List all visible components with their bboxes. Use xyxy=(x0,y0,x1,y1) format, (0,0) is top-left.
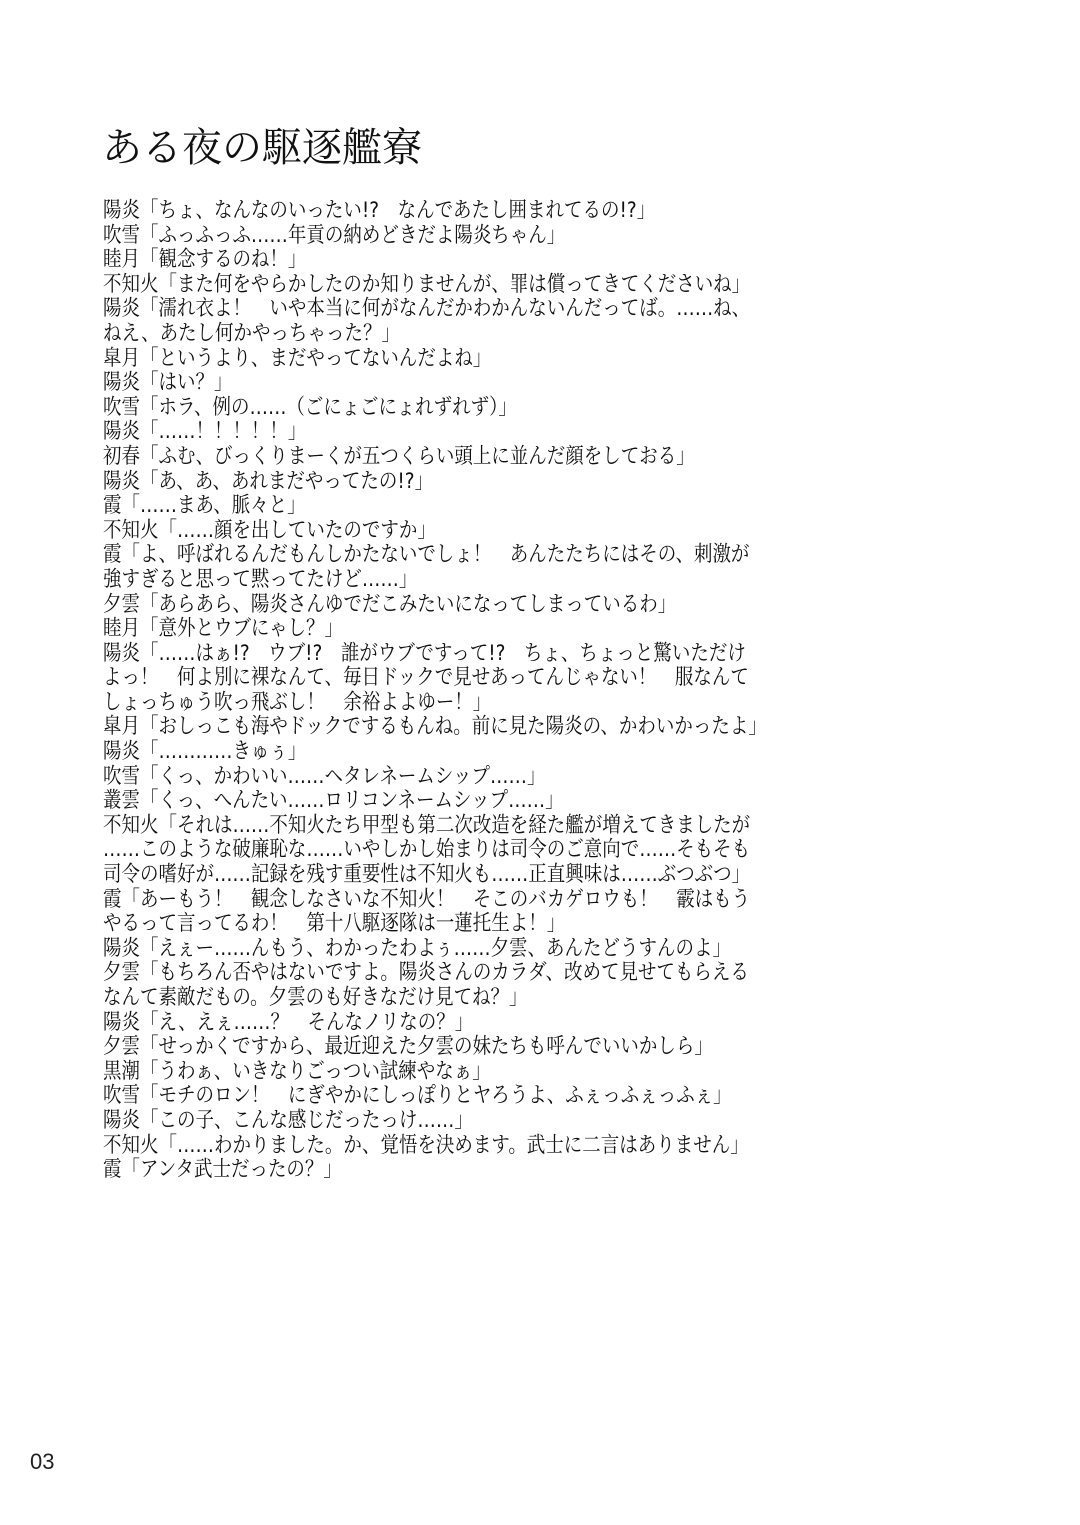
speech-text: 「観念するのね！」 xyxy=(140,247,306,272)
speech-text: 「あらあら、陽炎さんゆでだこみたいになってしまっているわ」 xyxy=(140,592,676,617)
speaker-name: 陽炎 xyxy=(103,296,140,321)
speaker-name: 吹雪 xyxy=(103,395,140,420)
speech-text: 「濡れ衣よ！ いや本当に何がなんだかわかんないんだってば。……ね、 xyxy=(140,296,750,321)
speaker-name: 夕雲 xyxy=(103,960,140,985)
speech-text: 「ふっふっふ……年貢の納めどきだよ陽炎ちゃん」 xyxy=(140,223,565,248)
document-page: ある夜の駆逐艦寮 陽炎「ちょ、なんなのいったい!? なんであたし囲まれてるの!?… xyxy=(0,0,1080,1525)
dialogue-line: 不知火「……わかりました。か、覚悟を決めます。武士に二言はありません」 xyxy=(103,1134,877,1159)
speaker-name: 夕雲 xyxy=(103,1034,140,1059)
dialogue-list: 陽炎「ちょ、なんなのいったい!? なんであたし囲まれてるの!?」吹雪「ふっふっふ… xyxy=(103,199,1003,1183)
speech-text: 「モチのロン！ にぎやかにしっぽりとヤろうよ、ふぇっふぇっふぇ」 xyxy=(140,1083,732,1108)
speech-text: 「ふむ、びっくりまーくが五つくらい頭上に並んだ顔をしておる」 xyxy=(140,444,695,469)
speech-text: しょっちゅう吹っ飛ぶし！ 余裕よよゆー！」 xyxy=(103,690,491,715)
speech-text: 「……はぁ!? ウブ!? 誰がウブですって!? ちょ、ちょっと驚いただけ xyxy=(140,641,746,666)
speech-text: 「おしっこも海やドックでするもんね。前に見た陽炎の、かわいかったよ」 xyxy=(140,714,767,739)
dialogue-line: 不知火「それは……不知火たち甲型も第二次改造を経た艦が増えてきましたが xyxy=(103,814,877,839)
dialogue-line: 吹雪「ふっふっふ……年貢の納めどきだよ陽炎ちゃん」 xyxy=(103,224,877,249)
dialogue-line: 吹雪「モチのロン！ にぎやかにしっぽりとヤろうよ、ふぇっふぇっふぇ」 xyxy=(103,1084,877,1109)
dialogue-line: 夕雲「せっかくですから、最近迎えた夕雲の妹たちも呼んでいいかしら」 xyxy=(103,1035,877,1060)
dialogue-line: 夕雲「もちろん否やはないですよ。陽炎さんのカラダ、改めて見せてもらえる xyxy=(103,961,877,986)
speech-text: 「せっかくですから、最近迎えた夕雲の妹たちも呼んでいいかしら」 xyxy=(140,1034,713,1059)
speech-text: 「……顔を出していたのですか」 xyxy=(158,518,435,543)
speech-text: 「くっ、かわいい……ヘタレネームシップ……」 xyxy=(140,764,545,789)
speaker-name: 陽炎 xyxy=(103,641,140,666)
speech-text: 「それは……不知火たち甲型も第二次改造を経た艦が増えてきましたが xyxy=(158,813,750,838)
dialogue-line: 陽炎「ちょ、なんなのいったい!? なんであたし囲まれてるの!?」 xyxy=(103,199,877,224)
speech-text: 「えぇー……んもう、わかったわよぅ……夕雲、あんたどうすんのよ」 xyxy=(140,936,731,961)
dialogue-line: ……このような破廉恥な……いやしかし始まりは司令のご意向で……そもそも xyxy=(103,838,877,863)
speech-text: 「また何をやらかしたのか知りませんが、罪は償ってきてくださいね」 xyxy=(158,272,750,297)
dialogue-line: 陽炎「この子、こんな感じだったっけ……」 xyxy=(103,1109,877,1134)
speaker-name: 霞 xyxy=(103,1157,122,1182)
speech-text: 「アンタ武士だったの？」 xyxy=(122,1157,342,1182)
dialogue-line: ねえ、あたし何かやっちゃった？」 xyxy=(103,322,877,347)
dialogue-line: 霞「アンタ武士だったの？」 xyxy=(103,1158,877,1183)
speech-text: よっ！ 何よ別に裸なんて、毎日ドックで見せあってんじゃない！ 服なんて xyxy=(103,665,749,690)
speech-text: 「え、えぇ……？ そんなノリなの？」 xyxy=(140,1010,473,1035)
speech-text: 強すぎると思って黙ってたけど……」 xyxy=(103,567,417,592)
dialogue-line: 初春「ふむ、びっくりまーくが五つくらい頭上に並んだ顔をしておる」 xyxy=(103,445,877,470)
speaker-name: 不知火 xyxy=(103,272,158,297)
speaker-name: 吹雪 xyxy=(103,223,140,248)
dialogue-line: よっ！ 何よ別に裸なんて、毎日ドックで見せあってんじゃない！ 服なんて xyxy=(103,666,877,691)
dialogue-line: 霞「よ、呼ばれるんだもんしかたないでしょ！ あんたたちにはその、刺激が xyxy=(103,543,877,568)
speaker-name: 陽炎 xyxy=(103,469,140,494)
speaker-name: 陽炎 xyxy=(103,370,140,395)
speaker-name: 陽炎 xyxy=(103,419,140,444)
speaker-name: 初春 xyxy=(103,444,140,469)
speaker-name: 皐月 xyxy=(103,714,140,739)
speaker-name: 陽炎 xyxy=(103,1108,140,1133)
dialogue-line: 皐月「というより、まだやってないんだよね」 xyxy=(103,347,877,372)
dialogue-line: 霞「……まあ、脈々と」 xyxy=(103,494,877,519)
speaker-name: 黒潮 xyxy=(103,1059,140,1084)
dialogue-line: 吹雪「くっ、かわいい……ヘタレネームシップ……」 xyxy=(103,765,877,790)
dialogue-line: 霞「あーもう！ 観念しなさいな不知火！ そこのバカゲロウも！ 霰はもう xyxy=(103,888,877,913)
speaker-name: 吹雪 xyxy=(103,764,140,789)
speech-text: 「…………きゅぅ」 xyxy=(140,739,306,764)
speech-text: 「ちょ、なんなのいったい!? なんであたし囲まれてるの!?」 xyxy=(140,198,655,223)
speech-text: 「うわぁ、いきなりごっつい試練やなぁ」 xyxy=(140,1059,491,1084)
speech-text: 「……まあ、脈々と」 xyxy=(122,493,306,518)
speech-text: 「よ、呼ばれるんだもんしかたないでしょ！ あんたたちにはその、刺激が xyxy=(122,542,750,567)
speaker-name: 霞 xyxy=(103,493,122,518)
speech-text: 「この子、こんな感じだったっけ……」 xyxy=(140,1108,473,1133)
dialogue-line: 陽炎「……はぁ!? ウブ!? 誰がウブですって!? ちょ、ちょっと驚いただけ xyxy=(103,642,877,667)
dialogue-line: 黒潮「うわぁ、いきなりごっつい試練やなぁ」 xyxy=(103,1060,877,1085)
speaker-name: 夕雲 xyxy=(103,592,140,617)
dialogue-line: 睦月「観念するのね！」 xyxy=(103,248,877,273)
dialogue-line: 強すぎると思って黙ってたけど……」 xyxy=(103,568,877,593)
speech-text: 「というより、まだやってないんだよね」 xyxy=(140,346,491,371)
speaker-name: 皐月 xyxy=(103,346,140,371)
page-title: ある夜の駆逐艦寮 xyxy=(102,122,422,174)
dialogue-line: 陽炎「えぇー……んもう、わかったわよぅ……夕雲、あんたどうすんのよ」 xyxy=(103,937,877,962)
dialogue-line: 陽炎「はい？」 xyxy=(103,371,877,396)
speech-text: 「くっ、へんたい……ロリコンネームシップ……」 xyxy=(140,788,564,813)
dialogue-line: 司令の嗜好が……記録を残す重要性は不知火も……正直興味は……ぶつぶつ」 xyxy=(103,863,877,888)
speaker-name: 睦月 xyxy=(103,247,140,272)
speech-text: 「あ、あ、あれまだやってたの!?」 xyxy=(140,469,433,494)
speech-text: 「もちろん否やはないですよ。陽炎さんのカラダ、改めて見せてもらえる xyxy=(140,960,749,985)
speaker-name: 不知火 xyxy=(103,518,158,543)
dialogue-line: 陽炎「あ、あ、あれまだやってたの!?」 xyxy=(103,470,877,495)
dialogue-line: 不知火「また何をやらかしたのか知りませんが、罪は償ってきてくださいね」 xyxy=(103,273,877,298)
speech-text: 「……わかりました。か、覚悟を決めます。武士に二言はありません」 xyxy=(158,1133,748,1158)
dialogue-line: 陽炎「……！！！！！」 xyxy=(103,420,877,445)
dialogue-line: 不知火「……顔を出していたのですか」 xyxy=(103,519,877,544)
dialogue-line: やるって言ってるわ！ 第十八駆逐隊は一蓮托生よ！」 xyxy=(103,912,877,937)
speech-text: 「意外とウブにゃし？」 xyxy=(140,616,343,641)
speech-text: ……このような破廉恥な……いやしかし始まりは司令のご意向で……そもそも xyxy=(103,837,750,862)
dialogue-line: 皐月「おしっこも海やドックでするもんね。前に見た陽炎の、かわいかったよ」 xyxy=(103,715,877,740)
speaker-name: 叢雲 xyxy=(103,788,140,813)
speech-text: なんて素敵だもの。夕雲のも好きなだけ見てね？」 xyxy=(103,985,528,1010)
speaker-name: 霞 xyxy=(103,542,122,567)
speech-text: 「あーもう！ 観念しなさいな不知火！ そこのバカゲロウも！ 霰はもう xyxy=(122,887,751,912)
dialogue-line: 叢雲「くっ、へんたい……ロリコンネームシップ……」 xyxy=(103,789,877,814)
speaker-name: 陽炎 xyxy=(103,936,140,961)
speech-text: 「ホラ、例の……（ごにょごにょれずれず）」 xyxy=(140,395,517,420)
dialogue-line: 睦月「意外とウブにゃし？」 xyxy=(103,617,877,642)
speaker-name: 陽炎 xyxy=(103,198,140,223)
speech-text: 「はい？」 xyxy=(140,370,232,395)
dialogue-line: 陽炎「濡れ衣よ！ いや本当に何がなんだかわかんないんだってば。……ね、 xyxy=(103,297,877,322)
speaker-name: 陽炎 xyxy=(103,1010,140,1035)
dialogue-line: 吹雪「ホラ、例の……（ごにょごにょれずれず）」 xyxy=(103,396,877,421)
speech-text: 司令の嗜好が……記録を残す重要性は不知火も……正直興味は……ぶつぶつ」 xyxy=(103,862,750,887)
speaker-name: 陽炎 xyxy=(103,739,140,764)
speech-text: ねえ、あたし何かやっちゃった？」 xyxy=(103,321,400,346)
dialogue-line: 陽炎「え、えぇ……？ そんなノリなの？」 xyxy=(103,1011,877,1036)
speaker-name: 吹雪 xyxy=(103,1083,140,1108)
speaker-name: 霞 xyxy=(103,887,122,912)
speech-text: 「……！！！！！」 xyxy=(140,419,306,444)
dialogue-line: しょっちゅう吹っ飛ぶし！ 余裕よよゆー！」 xyxy=(103,691,877,716)
page-number: 03 xyxy=(30,1449,54,1475)
speaker-name: 不知火 xyxy=(103,1133,158,1158)
speaker-name: 睦月 xyxy=(103,616,140,641)
speaker-name: 不知火 xyxy=(103,813,158,838)
dialogue-line: 夕雲「あらあら、陽炎さんゆでだこみたいになってしまっているわ」 xyxy=(103,593,877,618)
dialogue-line: なんて素敵だもの。夕雲のも好きなだけ見てね？」 xyxy=(103,986,877,1011)
dialogue-line: 陽炎「…………きゅぅ」 xyxy=(103,740,877,765)
speech-text: やるって言ってるわ！ 第十八駆逐隊は一蓮托生よ！」 xyxy=(103,911,565,936)
